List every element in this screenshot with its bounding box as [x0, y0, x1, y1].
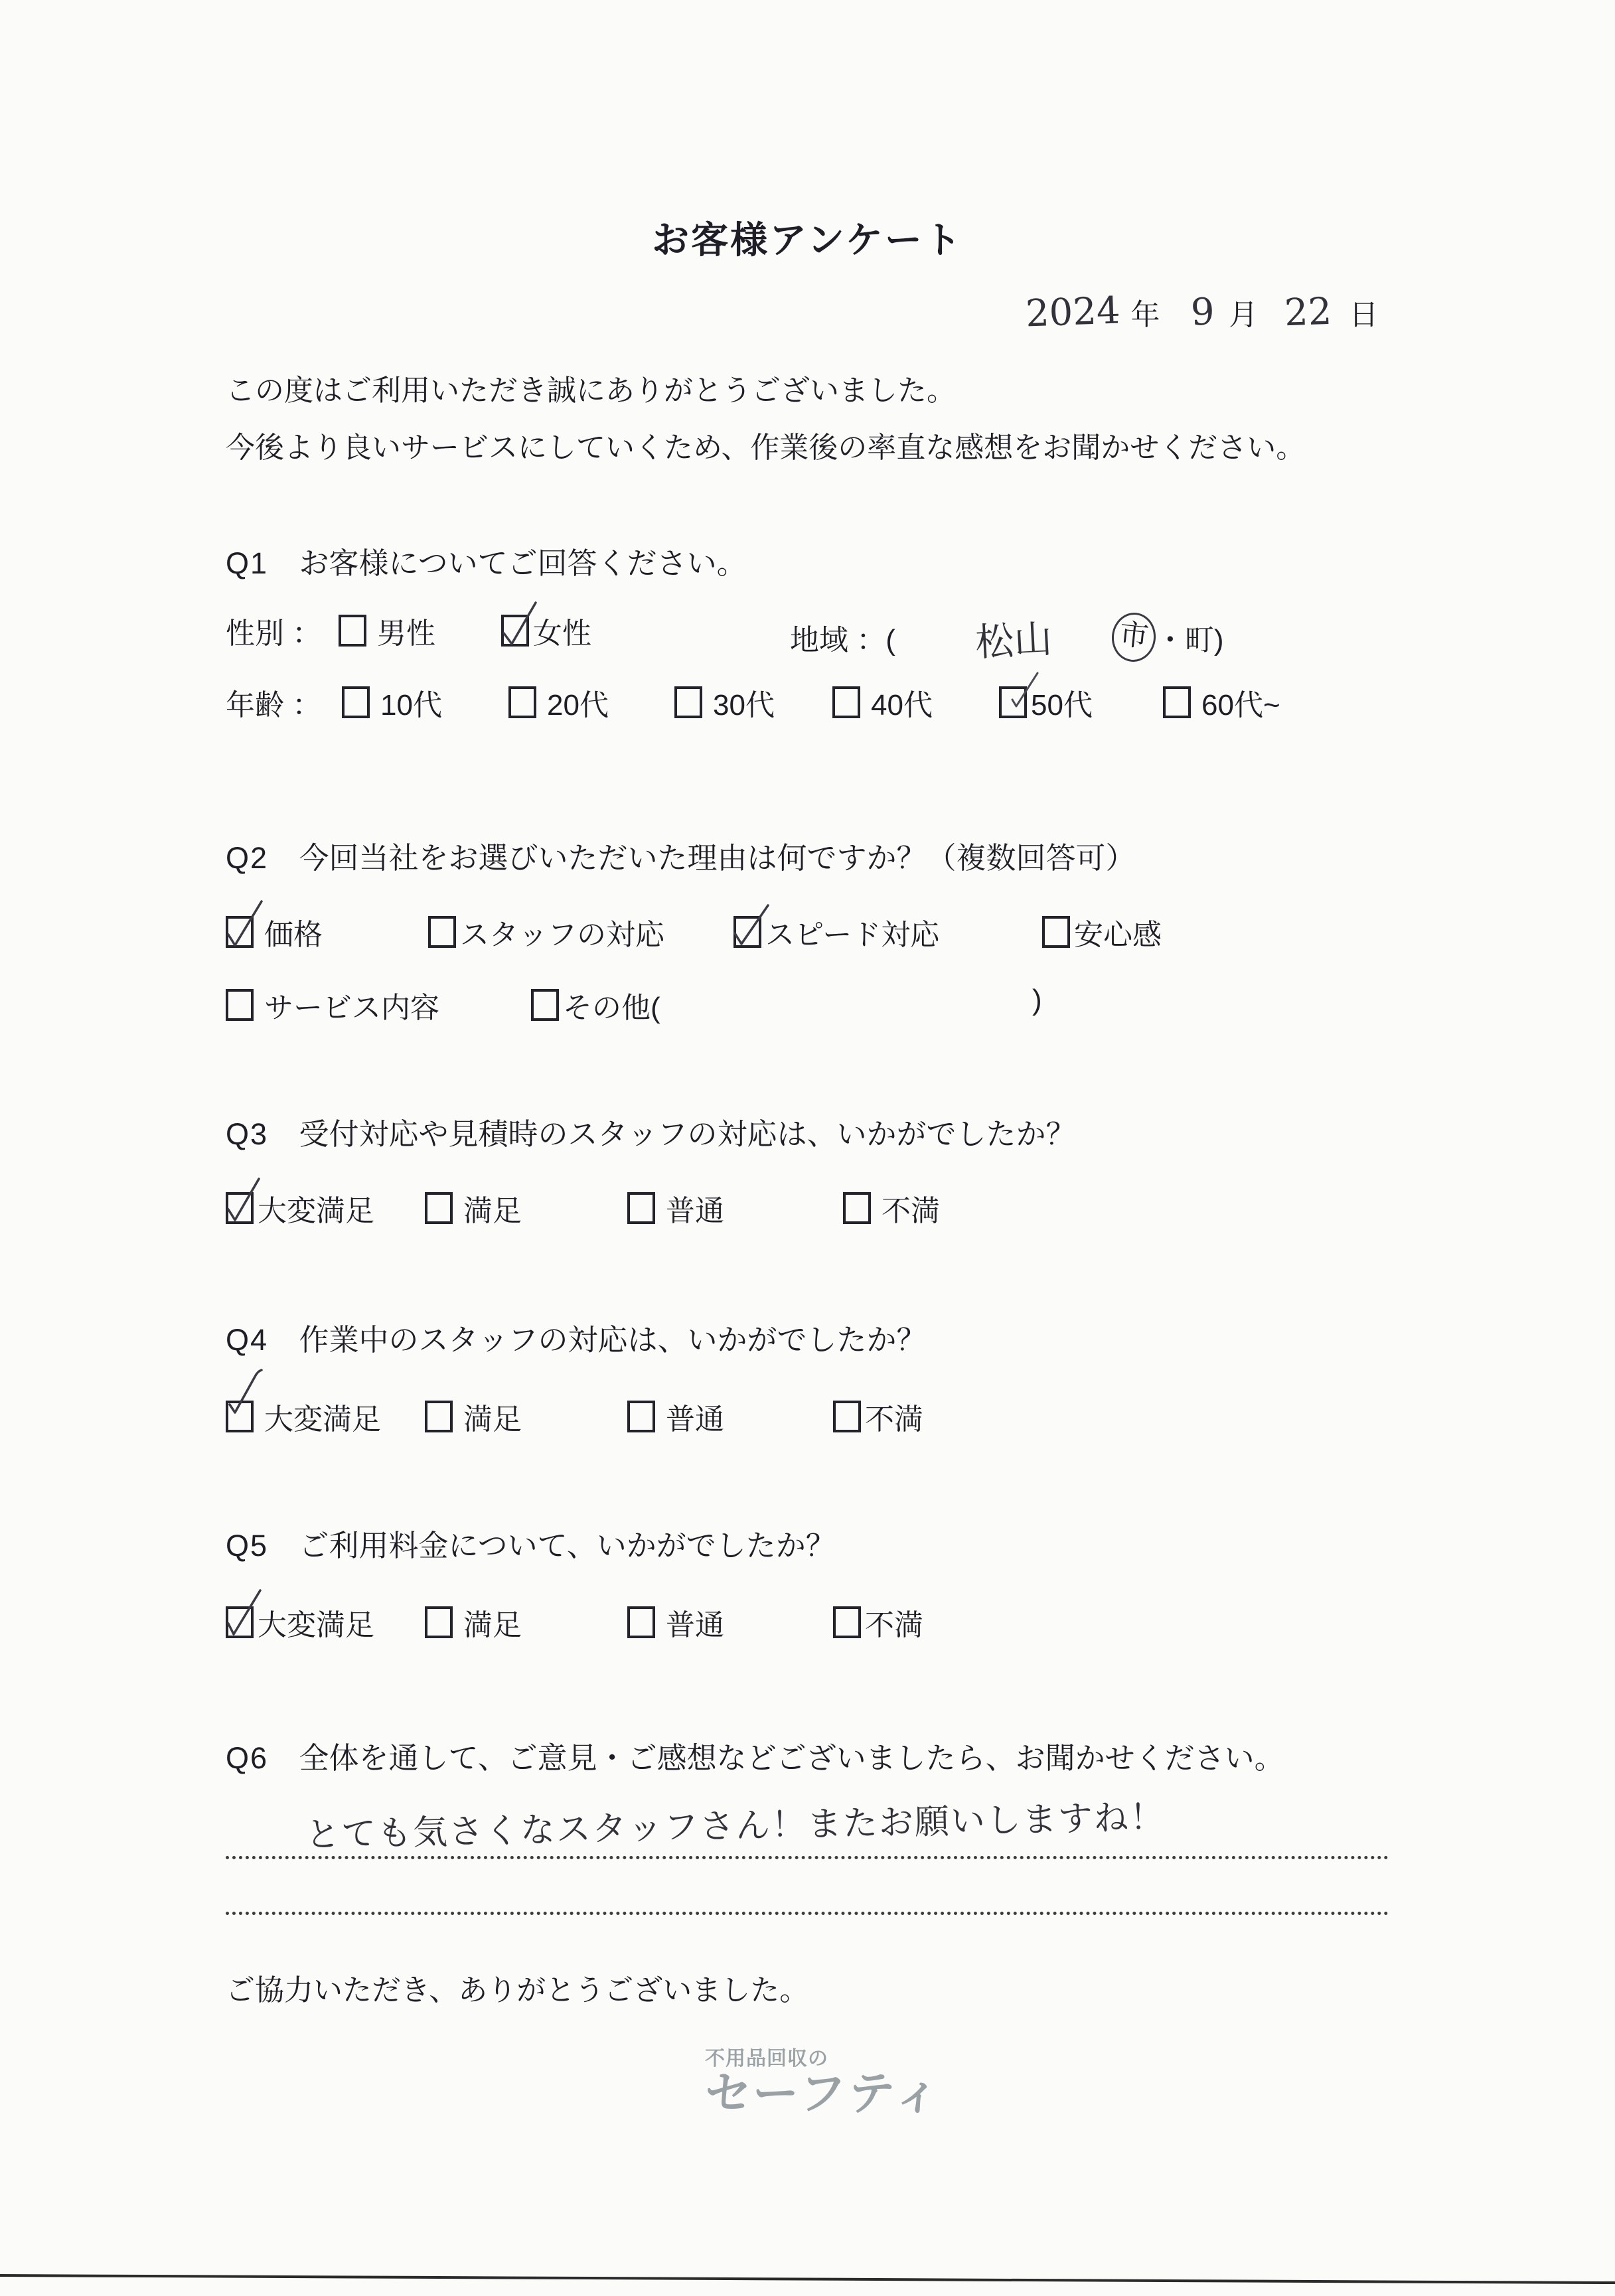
checkbox-age-60s-icon: [1163, 686, 1191, 718]
gender-option-female: 女性: [501, 609, 591, 652]
q3-option-very-satisfied-label: 大変満足: [258, 1187, 374, 1229]
checkbox-staff-icon: [428, 916, 456, 948]
date-line: 2024 年 9 月 22 日: [1026, 291, 1378, 334]
check-mark-icon: [223, 1174, 266, 1229]
checkbox-service-icon: [226, 989, 254, 1021]
checkbox-q3-satisfied-icon: [425, 1192, 453, 1224]
q1-question-row: Q1 お客様についてご回答ください。: [226, 539, 747, 582]
checkbox-age-20s-icon: [508, 686, 536, 718]
answer-line-1: [226, 1856, 1389, 1859]
region-town-close: 町): [1185, 616, 1224, 658]
q5-question-row: Q5 ご利用料金について、いかがでしたか？: [226, 1521, 836, 1565]
q5-option-satisfied: 満足: [425, 1601, 522, 1644]
checkbox-q4-neutral-icon: [627, 1401, 655, 1432]
q4-option-satisfied: 満足: [425, 1395, 522, 1438]
q4-option-satisfied-label: 満足: [463, 1395, 522, 1438]
q4-option-unsatisfied-label: 不満: [865, 1395, 923, 1438]
checkbox-male-icon: [339, 615, 366, 647]
q2-question-row: Q2 今回当社をお選びいただいた理由は何ですか？（複数回答可）: [226, 834, 1136, 877]
gender-option-male-label: 男性: [377, 609, 435, 652]
age-label: 年齢 ：: [226, 681, 321, 724]
q2-options-row-2: サービス内容 その他( ): [0, 984, 1615, 1030]
q3-question: 受付対応や見積時のスタッフの対応は、いかがでしたか？: [299, 1117, 1076, 1151]
q5-option-unsatisfied-label: 不満: [865, 1601, 923, 1644]
q1-gender-region-row: 性別 ： 男性 女性 地域 ：( 松山 市 ・ 町): [0, 609, 1615, 656]
checkbox-q4-very-satisfied-icon: [226, 1401, 254, 1432]
age-option-20s: 20代: [508, 681, 609, 724]
gender-option-female-label: 女性: [533, 609, 591, 652]
survey-document: お客様アンケート 2024 年 9 月 22 日 この度はご利用いただき誠にあり…: [0, 0, 1615, 2296]
region-group: 地域 ：( 松山 市 ・ 町): [790, 609, 1224, 665]
age-option-50s: 50代: [999, 681, 1093, 724]
age-option-10s-label: 10代: [380, 681, 442, 724]
q3-option-neutral-label: 普通: [666, 1187, 724, 1229]
q6-question-row: Q6 全体を通して、ご意見・ご感想などございましたら、お聞かせください。: [226, 1734, 1284, 1777]
region-city-circle-icon: 市: [1109, 611, 1158, 664]
checkbox-price-icon: [226, 916, 254, 948]
logo-tagline: 不用品回収の: [705, 2048, 943, 2070]
q5-option-very-satisfied-label: 大変満足: [258, 1601, 374, 1644]
checkbox-q5-neutral-icon: [627, 1606, 655, 1638]
q2-option-other: その他(: [531, 984, 660, 1026]
date-day-value: 22: [1284, 290, 1332, 335]
q2-question: 今回当社をお選びいただいた理由は何ですか？（複数回答可）: [299, 841, 1136, 875]
q4-option-unsatisfied: 不満: [833, 1395, 923, 1438]
q3-option-unsatisfied-label: 不満: [882, 1187, 940, 1229]
region-separator: ・: [1156, 616, 1185, 658]
gender-label: 性別 ：: [226, 609, 321, 652]
checkbox-q4-unsatisfied-icon: [833, 1401, 861, 1432]
checkbox-speed-icon: [733, 916, 761, 948]
q5-label: Q5: [226, 1529, 268, 1563]
q4-option-very-satisfied-label: 大変満足: [264, 1395, 381, 1438]
q3-options-row: 大変満足 満足 普通 不満: [0, 1187, 1615, 1233]
check-mark-icon: [223, 1588, 266, 1644]
checkbox-q3-neutral-icon: [627, 1192, 655, 1224]
q2-option-security: 安心感: [1042, 911, 1162, 953]
q3-option-neutral: 普通: [627, 1187, 724, 1229]
checkbox-age-30s-icon: [674, 686, 702, 718]
gender-option-male: 男性: [339, 609, 435, 652]
checkbox-q3-unsatisfied-icon: [843, 1192, 871, 1224]
checkbox-age-40s-icon: [832, 686, 860, 718]
q3-label: Q3: [226, 1117, 268, 1151]
q3-option-very-satisfied: 大変満足: [226, 1187, 374, 1229]
age-option-20s-label: 20代: [547, 681, 609, 724]
q2-option-service-label: サービス内容: [264, 984, 439, 1026]
age-option-40s-label: 40代: [871, 681, 933, 724]
q3-question-row: Q3 受付対応や見積時のスタッフの対応は、いかがでしたか？: [226, 1110, 1076, 1153]
q2-option-speed-label: スピード対応: [765, 911, 939, 953]
age-option-60s-label: 60代~: [1201, 681, 1280, 724]
q5-option-neutral-label: 普通: [666, 1601, 724, 1644]
check-mark-icon: [731, 897, 773, 953]
q6-handwritten-answer: とても気さくなスタッフさん！またお願いしますね！: [305, 1789, 1166, 1857]
date-month-unit: 月: [1229, 291, 1258, 333]
check-mark-icon: [226, 1366, 268, 1422]
age-option-30s-label: 30代: [713, 681, 775, 724]
checkbox-other-icon: [531, 989, 559, 1021]
date-month-value: 9: [1190, 290, 1215, 334]
q2-option-price-label: 価格: [264, 911, 323, 953]
q5-question: ご利用料金について、いかがでしたか？: [299, 1529, 836, 1563]
closing-text: ご協力いただき、ありがとうございました。: [226, 1966, 808, 2009]
q6-question: 全体を通して、ご意見・ご感想などございましたら、お聞かせください。: [299, 1741, 1284, 1775]
check-mark-icon: [1003, 665, 1045, 721]
logo-name: セーフティ: [703, 2070, 944, 2119]
q5-options-row: 大変満足 満足 普通 不満: [0, 1601, 1615, 1647]
date-year-unit: 年: [1131, 291, 1160, 333]
q2-option-other-label: その他(: [563, 984, 660, 1026]
q2-option-service: サービス内容: [226, 984, 439, 1026]
checkbox-q5-very-satisfied-icon: [226, 1606, 254, 1638]
q2-label: Q2: [226, 841, 268, 875]
checkbox-q3-very-satisfied-icon: [226, 1192, 254, 1224]
q2-options-row-1: 価格 スタッフの対応 スピード対応 安心感: [0, 911, 1615, 957]
q2-option-price: 価格: [226, 911, 323, 953]
q5-option-neutral: 普通: [627, 1601, 724, 1644]
page-title: お客様アンケート: [652, 211, 963, 264]
date-day-unit: 日: [1349, 291, 1378, 333]
age-option-10s: 10代: [342, 681, 442, 724]
checkbox-female-icon: [501, 615, 529, 647]
checkbox-q5-unsatisfied-icon: [833, 1606, 861, 1638]
answer-line-2: [226, 1912, 1389, 1915]
age-option-60s: 60代~: [1163, 681, 1280, 724]
scan-edge-line: [0, 2274, 1615, 2284]
q2-other-close-paren: ): [1032, 984, 1042, 1017]
q3-option-satisfied-label: 満足: [463, 1187, 522, 1229]
q4-options-row: 大変満足 満足 普通 不満: [0, 1395, 1615, 1442]
q1-label: Q1: [226, 546, 268, 580]
intro-line-1: この度はご利用いただき誠にありがとうございました。: [226, 366, 956, 409]
region-city: 市: [1118, 618, 1150, 653]
q5-option-unsatisfied: 不満: [833, 1601, 923, 1644]
checkbox-q5-satisfied-icon: [425, 1606, 453, 1638]
date-year-value: 2024: [1025, 289, 1121, 336]
check-mark-icon: [499, 596, 541, 652]
region-handwritten-value: 松山: [974, 607, 1053, 667]
q2-option-security-label: 安心感: [1074, 911, 1162, 953]
q4-question-row: Q4 作業中のスタッフの対応は、いかがでしたか？: [226, 1316, 927, 1359]
age-option-30s: 30代: [674, 681, 775, 724]
q3-option-satisfied: 満足: [425, 1187, 522, 1229]
checkbox-age-50s-icon: [999, 686, 1027, 718]
age-option-40s: 40代: [832, 681, 933, 724]
q2-option-speed: スピード対応: [733, 911, 939, 953]
region-label: 地域 ：(: [790, 616, 895, 658]
checkbox-security-icon: [1042, 916, 1070, 948]
check-mark-icon: [223, 897, 266, 953]
q3-option-unsatisfied: 不満: [843, 1187, 940, 1229]
q6-label: Q6: [226, 1741, 268, 1775]
q2-option-staff: スタッフの対応: [428, 911, 664, 953]
intro-line-2: 今後より良いサービスにしていくため、作業後の率直な感想をお聞かせください。: [226, 423, 1305, 466]
q1-age-row: 年齢 ： 10代 20代 30代 40代 50代 60代~: [0, 681, 1615, 727]
checkbox-age-10s-icon: [342, 686, 370, 718]
q4-option-neutral: 普通: [627, 1395, 724, 1438]
q4-option-very-satisfied: 大変満足: [226, 1395, 381, 1438]
q5-option-satisfied-label: 満足: [463, 1601, 522, 1644]
checkbox-q4-satisfied-icon: [425, 1401, 453, 1432]
q4-question: 作業中のスタッフの対応は、いかがでしたか？: [299, 1323, 927, 1357]
company-logo: 不用品回収の セーフティ: [705, 2048, 943, 2118]
q1-question: お客様についてご回答ください。: [299, 546, 747, 580]
q4-option-neutral-label: 普通: [666, 1395, 724, 1438]
q2-option-staff-label: スタッフの対応: [460, 911, 664, 953]
q4-label: Q4: [226, 1323, 268, 1357]
q5-option-very-satisfied: 大変満足: [226, 1601, 374, 1644]
